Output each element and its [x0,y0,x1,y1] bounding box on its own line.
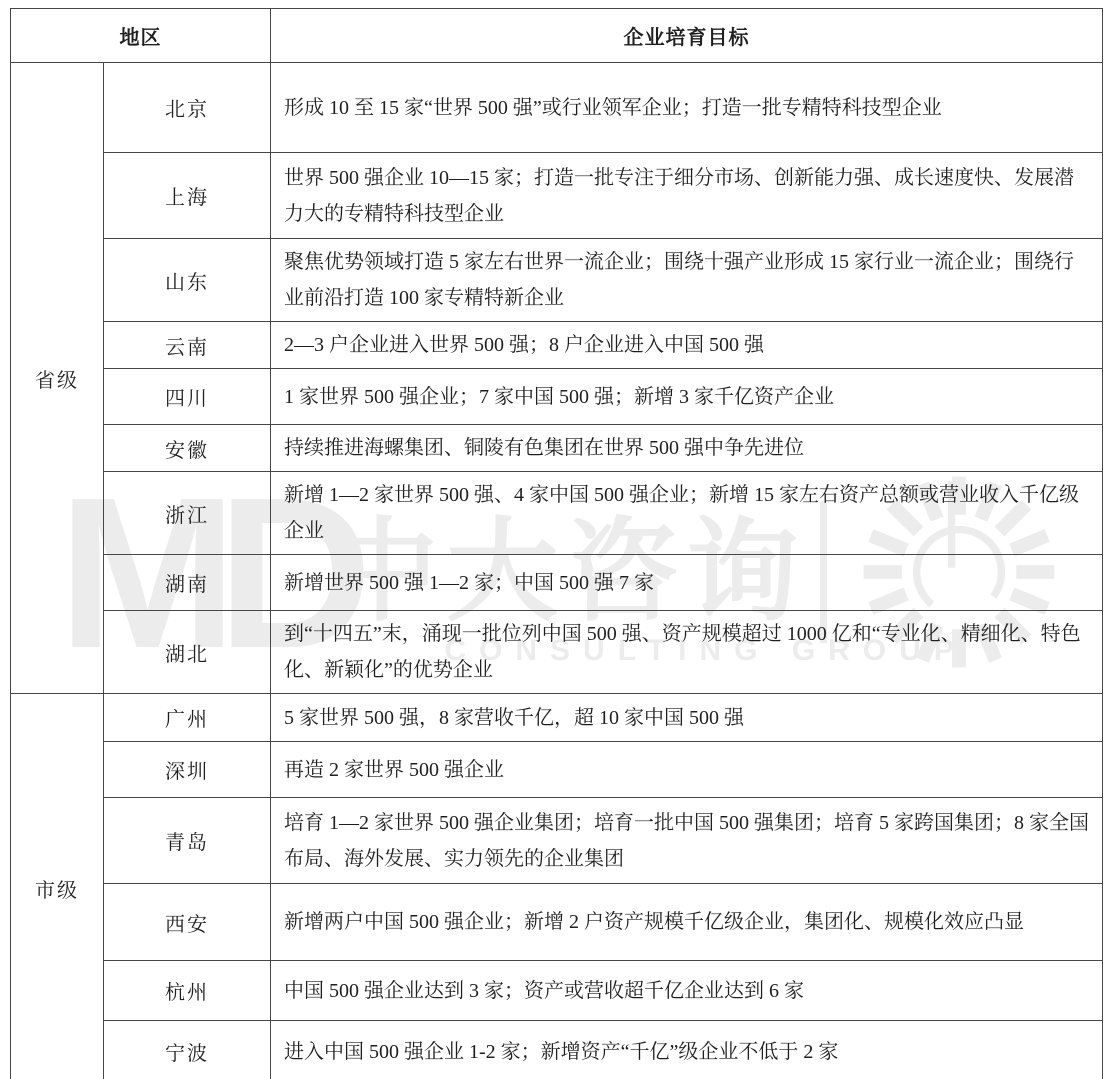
region-target-table: 地区 企业培育目标 省级 北京 形成 10 至 15 家“世界 500 强”或行… [10,8,1103,1079]
region-cell: 深圳 [104,742,271,798]
header-target: 企业培育目标 [271,9,1103,63]
region-cell: 宁波 [104,1021,271,1079]
target-cell: 新增 1—2 家世界 500 强、4 家中国 500 强企业；新增 15 家左右… [271,472,1103,555]
row-xian: 西安 新增两户中国 500 强企业；新增 2 户资产规模千亿级企业，集团化、规模… [11,884,1103,961]
row-yunnan: 云南 2—3 户企业进入世界 500 强；8 户企业进入中国 500 强 [11,322,1103,369]
row-hunan: 湖南 新增世界 500 强 1—2 家；中国 500 强 7 家 [11,555,1103,611]
region-cell: 云南 [104,322,271,369]
target-cell: 再造 2 家世界 500 强企业 [271,742,1103,798]
region-cell: 杭州 [104,961,271,1021]
region-cell: 广州 [104,694,271,742]
target-cell: 培育 1—2 家世界 500 强企业集团；培育一批中国 500 强集团；培育 5… [271,798,1103,884]
region-cell: 湖北 [104,611,271,694]
region-cell: 浙江 [104,472,271,555]
row-sichuan: 四川 1 家世界 500 强企业；7 家中国 500 强；新增 3 家千亿资产企… [11,369,1103,425]
region-cell: 上海 [104,153,271,239]
category-city: 市级 [11,694,104,1079]
row-shanghai: 上海 世界 500 强企业 10—15 家；打造一批专注于细分市场、创新能力强、… [11,153,1103,239]
region-cell: 西安 [104,884,271,961]
row-shenzhen: 深圳 再造 2 家世界 500 强企业 [11,742,1103,798]
target-cell: 5 家世界 500 强，8 家营收千亿，超 10 家中国 500 强 [271,694,1103,742]
region-cell: 湖南 [104,555,271,611]
row-anhui: 安徽 持续推进海螺集团、铜陵有色集团在世界 500 强中争先进位 [11,425,1103,472]
target-cell: 持续推进海螺集团、铜陵有色集团在世界 500 强中争先进位 [271,425,1103,472]
target-cell: 到“十四五”末，涌现一批位列中国 500 强、资产规模超过 1000 亿和“专业… [271,611,1103,694]
region-cell: 山东 [104,239,271,322]
region-cell: 青岛 [104,798,271,884]
header-region: 地区 [11,9,271,63]
table-header-row: 地区 企业培育目标 [11,9,1103,63]
row-ningbo: 宁波 进入中国 500 强企业 1-2 家；新增资产“千亿”级企业不低于 2 家 [11,1021,1103,1079]
region-cell: 四川 [104,369,271,425]
target-cell: 新增两户中国 500 强企业；新增 2 户资产规模千亿级企业，集团化、规模化效应… [271,884,1103,961]
region-cell: 北京 [104,63,271,153]
region-cell: 安徽 [104,425,271,472]
row-shandong: 山东 聚焦优势领域打造 5 家左右世界一流企业；围绕十强产业形成 15 家行业一… [11,239,1103,322]
row-qingdao: 青岛 培育 1—2 家世界 500 强企业集团；培育一批中国 500 强集团；培… [11,798,1103,884]
row-zhejiang: 浙江 新增 1—2 家世界 500 强、4 家中国 500 强企业；新增 15 … [11,472,1103,555]
target-cell: 世界 500 强企业 10—15 家；打造一批专注于细分市场、创新能力强、成长速… [271,153,1103,239]
target-cell: 新增世界 500 强 1—2 家；中国 500 强 7 家 [271,555,1103,611]
target-cell: 聚焦优势领域打造 5 家左右世界一流企业；围绕十强产业形成 15 家行业一流企业… [271,239,1103,322]
target-cell: 形成 10 至 15 家“世界 500 强”或行业领军企业；打造一批专精特科技型… [271,63,1103,153]
category-provincial: 省级 [11,63,104,694]
target-cell: 中国 500 强企业达到 3 家；资产或营收超千亿企业达到 6 家 [271,961,1103,1021]
target-cell: 进入中国 500 强企业 1-2 家；新增资产“千亿”级企业不低于 2 家 [271,1021,1103,1079]
target-cell: 1 家世界 500 强企业；7 家中国 500 强；新增 3 家千亿资产企业 [271,369,1103,425]
row-beijing: 省级 北京 形成 10 至 15 家“世界 500 强”或行业领军企业；打造一批… [11,63,1103,153]
target-cell: 2—3 户企业进入世界 500 强；8 户企业进入中国 500 强 [271,322,1103,369]
row-guangzhou: 市级 广州 5 家世界 500 强，8 家营收千亿，超 10 家中国 500 强 [11,694,1103,742]
row-hangzhou: 杭州 中国 500 强企业达到 3 家；资产或营收超千亿企业达到 6 家 [11,961,1103,1021]
row-hubei: 湖北 到“十四五”末，涌现一批位列中国 500 强、资产规模超过 1000 亿和… [11,611,1103,694]
